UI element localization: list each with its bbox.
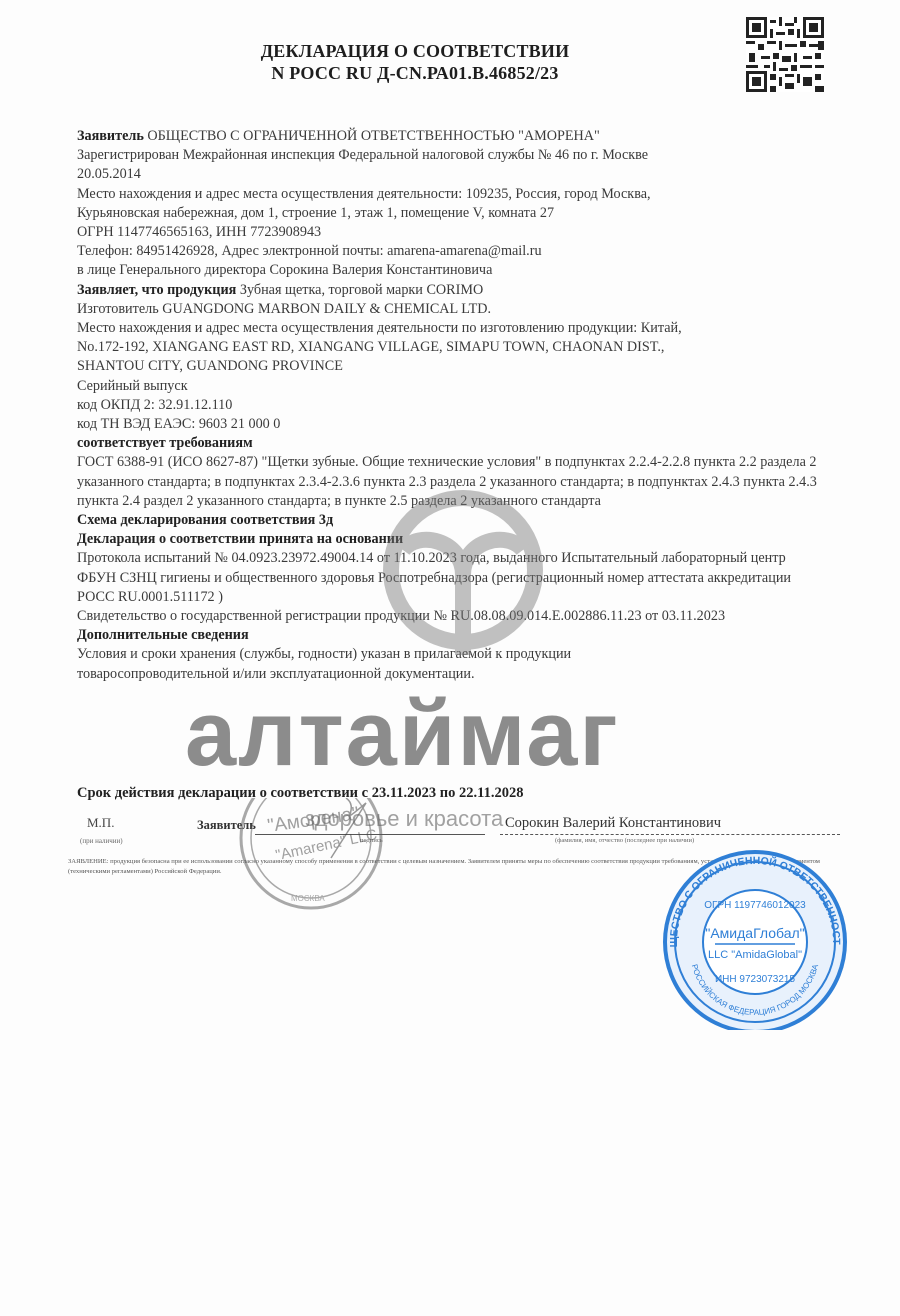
declaration-page: ДЕКЛАРАЦИЯ О СООТВЕТСТВИИ N РОСС RU Д-CN… [0, 0, 900, 1316]
applicant-address-2: Курьяновская набережная, дом 1, строение… [77, 204, 817, 223]
product-declares-value: Зубная щетка, торговой марки CORIMO [240, 282, 483, 298]
document-number: N РОСС RU Д-CN.РА01.В.46852/23 [0, 62, 830, 84]
svg-text:"АмидаГлобал": "АмидаГлобал" [705, 925, 804, 941]
manufacturer-address-3: SHANTOU CITY, GUANDONG PROVINCE [77, 357, 817, 376]
signer-name-line [500, 834, 840, 835]
applicant-contacts: Телефон: 84951426928, Адрес электронной … [77, 242, 817, 261]
applicant-registered: Зарегистрирован Межрайонная инспекция Фе… [77, 146, 817, 165]
applicant-label: Заявитель [77, 128, 144, 144]
applicant-represented-by: в лице Генерального директора Сорокина В… [77, 261, 817, 280]
signer-name: Сорокин Валерий Константинович [505, 815, 721, 832]
title-block: ДЕКЛАРАЦИЯ О СООТВЕТСТВИИ N РОСС RU Д-CN… [0, 40, 830, 84]
okpd-code: код ОКПД 2: 32.91.12.110 [77, 396, 817, 415]
applicant-registered-date: 20.05.2014 [77, 165, 817, 184]
product-declares-label: Заявляет, что продукция [77, 282, 236, 298]
watermark-logo-icon [378, 480, 548, 660]
applicant-line: Заявитель ОБЩЕСТВО С ОГРАНИЧЕННОЙ ОТВЕТС… [77, 127, 817, 146]
svg-text:ИНН 9723073215: ИНН 9723073215 [715, 974, 795, 985]
product-declares-line: Заявляет, что продукция Зубная щетка, то… [77, 281, 817, 300]
manufacturer-address-2: No.172-192, XIANGANG EAST RD, XIANGANG V… [77, 338, 817, 357]
tnved-code: код ТН ВЭД ЕАЭС: 9603 21 000 0 [77, 415, 817, 434]
svg-text:LLC "AmidaGlobal": LLC "AmidaGlobal" [708, 949, 802, 961]
serial-production: Серийный выпуск [77, 377, 817, 396]
applicant-address-1: Место нахождения и адрес места осуществл… [77, 185, 817, 204]
document-title: ДЕКЛАРАЦИЯ О СООТВЕТСТВИИ [0, 40, 830, 62]
company-stamp-icon: ОБЩЕСТВО С ОГРАНИЧЕННОЙ ОТВЕТСТВЕННОСТЬЮ… [655, 850, 855, 1030]
seal-place-label: М.П. [87, 815, 114, 831]
requirements-heading: соответствует требованиям [77, 434, 817, 453]
signer-name-note: (фамилия, имя, отчество (последнее при н… [555, 837, 694, 844]
watermark-tagline: здоровье и красота [305, 806, 503, 832]
svg-text:МОСКВА: МОСКВА [291, 894, 325, 903]
watermark-brand: алтаймаг [185, 688, 620, 780]
manufacturer: Изготовитель GUANGDONG MARBON DAILY & CH… [77, 300, 817, 319]
manufacturer-address-1: Место нахождения и адрес места осуществл… [77, 319, 817, 338]
qr-code-icon [746, 17, 824, 92]
applicant-name: ОБЩЕСТВО С ОГРАНИЧЕННОЙ ОТВЕТСТВЕННОСТЬЮ… [147, 128, 599, 144]
applicant-ogrn-inn: ОГРН 1147746565163, ИНН 7723908943 [77, 223, 817, 242]
svg-text:ОГРН 1197746012023: ОГРН 1197746012023 [704, 900, 806, 911]
seal-place-note: (при наличии) [80, 837, 123, 845]
